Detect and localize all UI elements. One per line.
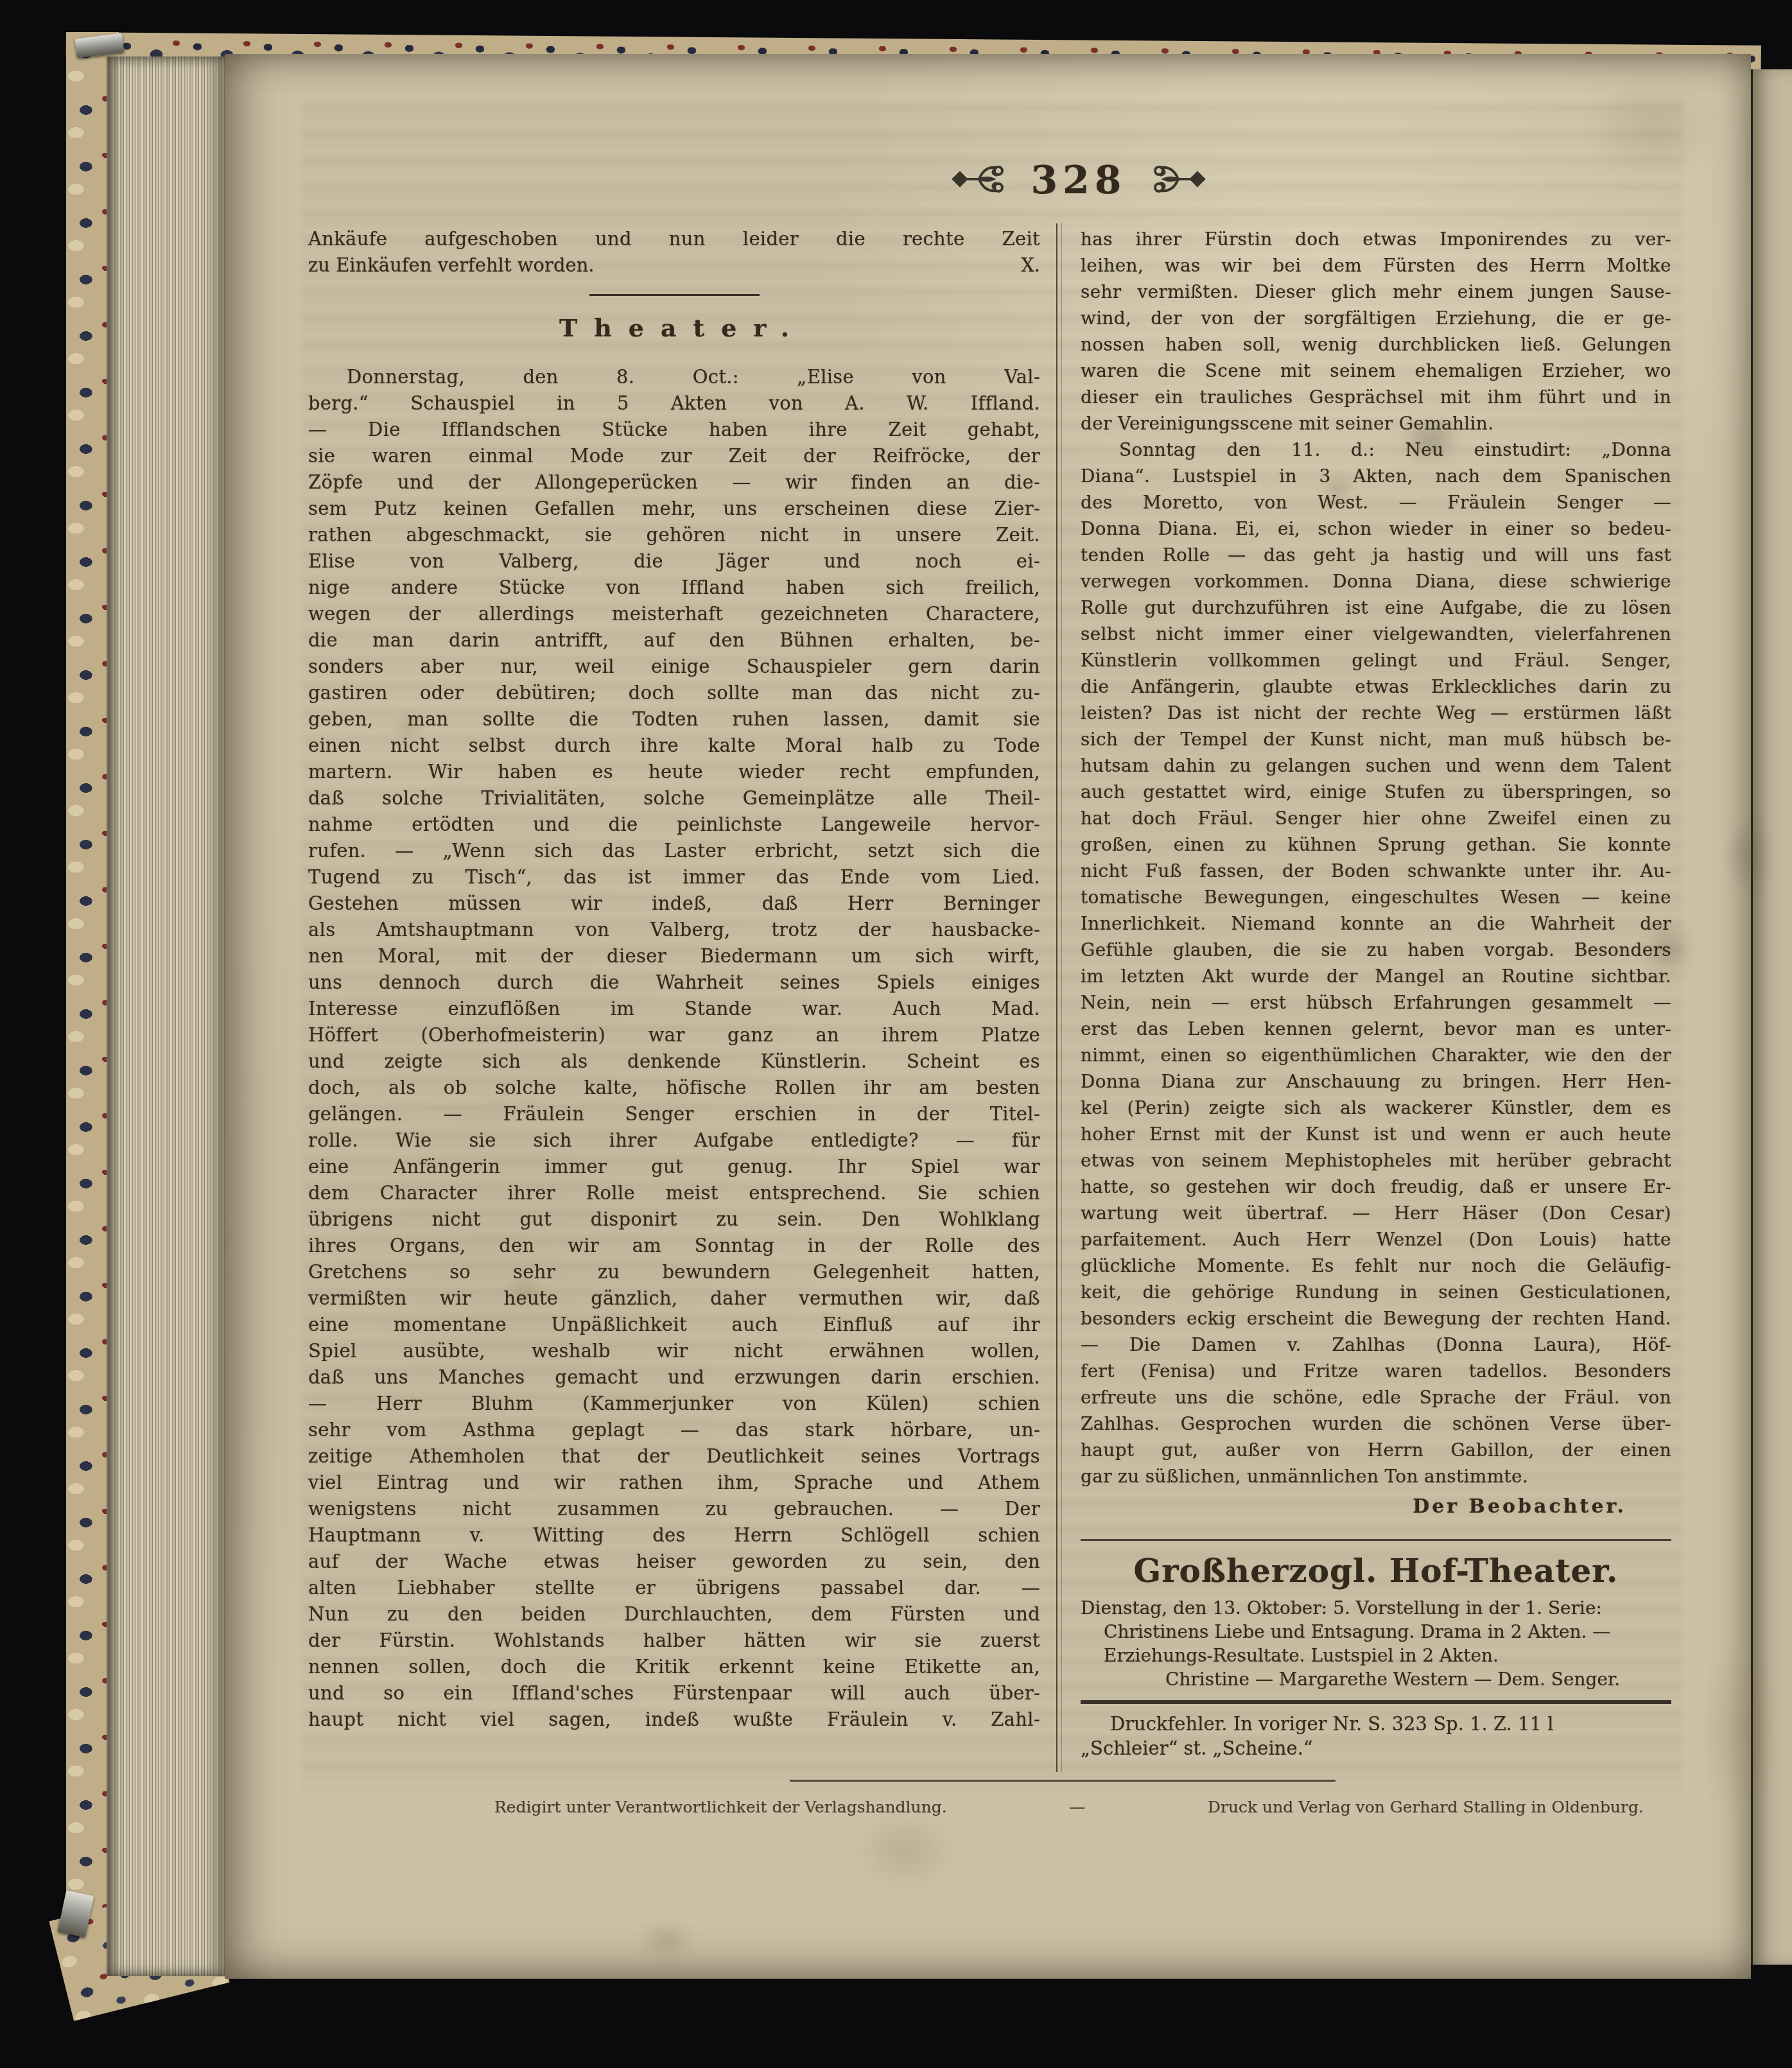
text-line: wartung weit übertraf. — Herr Häser (Don…	[1081, 1200, 1671, 1226]
text-line: — Herr Bluhm (Kammerjunker von Külen) sc…	[308, 1391, 1040, 1417]
text-line: glückliche Momente. Es fehlt nur noch di…	[1081, 1253, 1671, 1279]
text-line: Künstlerin vollkommen gelingt und Fräul.…	[1081, 647, 1671, 673]
text-line: gastiren oder debütiren; doch sollte man…	[308, 680, 1040, 706]
text-line: parfaitement. Auch Herr Wenzel (Don Loui…	[1081, 1226, 1671, 1253]
text-line: und so ein Iffland'sches Fürstenpaar wil…	[308, 1680, 1040, 1707]
text-line: sie waren einmal Mode zur Zeit der Reifr…	[308, 443, 1040, 469]
text-line: eine momentane Unpäßlichkeit auch Einflu…	[308, 1312, 1040, 1338]
text-line: Elise von Valberg, die Jäger und noch ei…	[308, 548, 1040, 575]
page-edges-stack	[107, 56, 226, 1976]
text-line: haupt nicht viel sagen, indeß wußte Fräu…	[308, 1707, 1040, 1733]
text-line: nahme ertödten und die peinlichste Lange…	[308, 812, 1040, 838]
hoftheater-title: Großherzogl. Hof-Theater.	[1081, 1551, 1671, 1591]
text-line: im letzten Akt wurde der Mangel an Routi…	[1081, 963, 1671, 989]
text-line: daß solche Trivialitäten, solche Gemeinp…	[308, 785, 1040, 812]
page-header: 328	[886, 158, 1271, 203]
text-line: gelängen. — Fräulein Senger erschien in …	[308, 1101, 1040, 1127]
footer-rule	[790, 1780, 1335, 1782]
text-line: uns dennoch durch die Wahrheit seines Sp…	[308, 969, 1040, 996]
column-divider-rule	[1056, 223, 1062, 1772]
text-line: sich der Tempel der Kunst nicht, man muß…	[1081, 726, 1671, 752]
text-line: auf der Wache etwas heiser geworden zu s…	[308, 1549, 1040, 1575]
text-line: wenigstens nicht zusammen zu gebrauchen.…	[308, 1496, 1040, 1522]
text-line: etwas von seinem Mephistopheles mit herü…	[1081, 1147, 1671, 1174]
hoftheater-line: Dienstag, den 13. Oktober: 5. Vorstellun…	[1081, 1596, 1671, 1620]
text-line: alten Liebhaber stellte er übrigens pass…	[308, 1575, 1040, 1601]
text-line: verwegen vorkommen. Donna Diana, diese s…	[1081, 568, 1671, 595]
text-line: nicht Fuß fassen, der Boden schwankte un…	[1081, 858, 1671, 884]
text-line: und zeigte sich als denkende Künstlerin.…	[308, 1048, 1040, 1075]
text-line: Hauptmann v. Witting des Herrn Schlögell…	[308, 1522, 1040, 1549]
text-line: vermißten wir heute gänzlich, daher verm…	[308, 1285, 1040, 1312]
druckfehler-line: „Schleier“ st. „Scheine.“	[1081, 1736, 1671, 1760]
text-line: daß uns Manches gemacht und erzwungen da…	[308, 1364, 1040, 1391]
text-line: der Vereinigungsscene mit seiner Gemahli…	[1081, 410, 1671, 437]
page-number: 328	[1031, 158, 1126, 203]
paper-stain	[636, 1920, 697, 1959]
text-line: der Fürstin. Wohlstands halber hätten wi…	[308, 1628, 1040, 1654]
text-line: Sonntag den 11. d.: Neu einstudirt: „Don…	[1081, 437, 1671, 463]
text-line: Donnerstag, den 8. Oct.: „Elise von Val-	[308, 364, 1040, 390]
text-line: Diana“. Lustspiel in 3 Akten, nach dem S…	[1081, 463, 1671, 489]
text-line: Spiel ausübte, weshalb wir nicht erwähne…	[308, 1338, 1040, 1364]
intro-line: zu Einkäufen verfehlt worden. X.	[308, 252, 1040, 279]
text-line: has ihrer Fürstin doch etwas Imponirende…	[1081, 226, 1671, 252]
text-line: Gefühle glauben, die sie zu haben vorgab…	[1081, 937, 1671, 963]
right-column: has ihrer Fürstin doch etwas Imponirende…	[1081, 226, 1671, 1760]
text-line: als Amtshauptmann von Valberg, trotz der…	[308, 917, 1040, 943]
text-line: Gestehen müssen wir indeß, daß Herr Bern…	[308, 891, 1040, 917]
header-ornament-right-icon	[1151, 162, 1206, 198]
hoftheater-line: Erziehungs-Resultate. Lustspiel in 2 Akt…	[1081, 1644, 1671, 1667]
text-line: Rolle gut durchzuführen ist eine Aufgabe…	[1081, 595, 1671, 621]
text-line: die man darin antrifft, auf den Bühnen e…	[308, 627, 1040, 654]
photo-background: { "colors": { "paper": "#cbc1a6", "ink":…	[0, 0, 1792, 2068]
paper-stain	[1586, 74, 1721, 180]
text-line: Nun zu den beiden Durchlauchten, dem Für…	[308, 1601, 1040, 1628]
hoftheater-top-rule	[1081, 1539, 1671, 1541]
text-line: geben, man sollte die Todten ruhen lasse…	[308, 706, 1040, 733]
druckfehler-rule	[1081, 1700, 1671, 1704]
text-line: dem Character ihrer Rolle meist entsprec…	[308, 1180, 1040, 1206]
text-line: des Moretto, von West. — Fräulein Senger…	[1081, 489, 1671, 516]
text-line: rufen. — „Wenn sich das Laster erbricht,…	[308, 838, 1040, 864]
text-line: einen nicht selbst durch ihre kalte Mora…	[308, 733, 1040, 759]
text-line: gar zu süßlichen, unmännlichen Ton ansti…	[1081, 1463, 1671, 1490]
text-line: erfreute uns die schöne, edle Sprache de…	[1081, 1384, 1671, 1411]
text-line: Zahlhas. Gesprochen wurden die schönen V…	[1081, 1411, 1671, 1437]
text-line: selbst nicht immer einer vielgewandten, …	[1081, 621, 1671, 647]
text-line: hoher Ernst mit der Kunst ist und wenn e…	[1081, 1121, 1671, 1147]
theater-review-text: Donnerstag, den 8. Oct.: „Elise von Val-…	[308, 364, 1040, 1733]
review-continuation-text: has ihrer Fürstin doch etwas Imponirende…	[1081, 226, 1671, 1490]
text-line: Höffert (Oberhofmeisterin) war ganz an i…	[308, 1022, 1040, 1048]
text-line: wind, der von der sorgfältigen Erziehung…	[1081, 305, 1671, 331]
intro-line: Ankäufe aufgeschoben und nun leider die …	[308, 226, 1040, 252]
text-line: Tugend zu Tisch“, das ist immer das Ende…	[308, 864, 1040, 891]
text-line: Donna Diana zur Anschauung zu bringen. H…	[1081, 1068, 1671, 1095]
footer-separator: —	[1069, 1798, 1085, 1816]
intro-signature: X.	[1021, 252, 1040, 279]
text-line: — Die Ifflandschen Stücke haben ihre Zei…	[308, 417, 1040, 443]
text-line: großen, einen zu kühnen Sprung gethan. S…	[1081, 831, 1671, 858]
text-line: sem Putz keinen Gefallen mehr, uns ersch…	[308, 496, 1040, 522]
text-line: viel Eintrag und wir rathen ihm, Sprache…	[308, 1470, 1040, 1496]
text-line: kel (Perin) zeigte sich als wackerer Kün…	[1081, 1095, 1671, 1121]
text-line: rolle. Wie sie sich ihrer Aufgabe entled…	[308, 1127, 1040, 1154]
text-line: sehr vom Asthma geplagt — das stark hörb…	[308, 1417, 1040, 1443]
text-line: Zöpfe und der Allongeperücken — wir find…	[308, 469, 1040, 496]
text-line: hutsam dahin zu gelangen suchen und wenn…	[1081, 752, 1671, 779]
text-line: Nein, nein — erst hübsch Erfahrungen ges…	[1081, 989, 1671, 1016]
text-line: tenden Rolle — das geht ja hastig und wi…	[1081, 542, 1671, 568]
text-line: Innerlichkeit. Niemand konnte an die Wah…	[1081, 910, 1671, 937]
text-line: sehr vermißten. Dieser glich mehr einem …	[1081, 279, 1671, 305]
page-footer: Redigirt unter Verantwortlichkeit der Ve…	[494, 1798, 1644, 1816]
text-line: leihen, was wir bei dem Fürsten des Herr…	[1081, 252, 1671, 279]
text-line: erst das Leben kennen gelernt, bevor man…	[1081, 1016, 1671, 1042]
druckfehler-line: Druckfehler. In voriger Nr. S. 323 Sp. 1…	[1081, 1712, 1671, 1736]
footer-imprint-right: Druck und Verlag von Gerhard Stalling in…	[1208, 1798, 1644, 1816]
text-line: fert (Fenisa) und Fritze waren tadellos.…	[1081, 1358, 1671, 1384]
text-line: wegen der allerdings meisterhaft gezeich…	[308, 601, 1040, 627]
text-line: Interesse einzuflößen im Stande war. Auc…	[308, 996, 1040, 1022]
header-ornament-left-icon	[951, 162, 1006, 198]
text-line: rathen abgeschmackt, sie gehören nicht i…	[308, 522, 1040, 548]
text-line: berg.“ Schauspiel in 5 Akten von A. W. I…	[308, 390, 1040, 417]
text-line: übrigens nicht gut disponirt zu sein. De…	[308, 1206, 1040, 1233]
text-line: doch, als ob solche kalte, höfische Roll…	[308, 1075, 1040, 1101]
paper-stain	[1726, 815, 1771, 896]
text-line: nen Moral, mit der dieser Biedermann um …	[308, 943, 1040, 969]
text-line: besonders eckig erscheint die Bewegung d…	[1081, 1305, 1671, 1332]
text-line: keit, die gehörige Rundung in seinen Ges…	[1081, 1279, 1671, 1305]
review-signature: Der Beobachter.	[1081, 1493, 1626, 1520]
text-line: waren die Scene mit seinem ehemaligen Er…	[1081, 358, 1671, 384]
footer-imprint-left: Redigirt unter Verantwortlichkeit der Ve…	[494, 1798, 947, 1816]
text-line: — Die Damen v. Zahlhas (Donna Laura), Hö…	[1081, 1332, 1671, 1358]
text-line: Gretchens so sehr zu bewundern Gelegenhe…	[308, 1259, 1040, 1285]
text-line: eine Anfängerin immer gut genug. Ihr Spi…	[308, 1154, 1040, 1180]
text-line: hatte, so gestehen wir doch freudig, daß…	[1081, 1174, 1671, 1200]
text-line: die Anfängerin, glaubte etwas Erklecklic…	[1081, 673, 1671, 700]
text-line: auch gestattet wird, einige Stufen zu üb…	[1081, 779, 1671, 805]
text-line: sonders aber nur, weil einige Schauspiel…	[308, 654, 1040, 680]
hoftheater-line: Christine — Margarethe Western — Dem. Se…	[1081, 1667, 1671, 1691]
text-line: zeitige Athemholen that der Deutlichkeit…	[308, 1443, 1040, 1470]
hoftheater-line: Christinens Liebe und Entsagung. Drama i…	[1081, 1620, 1671, 1644]
text-line: dieser ein trauliches Gesprächsel mit ih…	[1081, 384, 1671, 410]
text-line: nimmt, einen so eigenthümlichen Charakte…	[1081, 1042, 1671, 1068]
text-line: nennen sollen, doch die Kritik erkennt k…	[308, 1654, 1040, 1680]
text-line: tomatische Bewegungen, eingeschultes Wes…	[1081, 884, 1671, 910]
text-line: nige andere Stücke von Iffland haben sic…	[308, 575, 1040, 601]
paper-stain	[854, 1811, 957, 1891]
text-line: Donna Diana. Ei, ei, schon wieder in ein…	[1081, 516, 1671, 542]
paper-stain	[1695, 1644, 1779, 1817]
text-line: ihres Organs, den wir am Sonntag in der …	[308, 1233, 1040, 1259]
section-divider-rule	[589, 294, 760, 296]
text-line: hat doch Fräul. Senger hier ohne Zweifel…	[1081, 805, 1671, 831]
section-title-theater: Theater.	[308, 311, 1040, 345]
left-column: Ankäufe aufgeschoben und nun leider die …	[308, 226, 1040, 1733]
text-line: haupt gut, außer von Herrn Gabillon, der…	[1081, 1437, 1671, 1463]
intro-text: zu Einkäufen verfehlt worden.	[308, 252, 595, 279]
text-line: nossen haben soll, wenig durchblicken li…	[1081, 331, 1671, 358]
text-line: martern. Wir haben es heute wieder recht…	[308, 759, 1040, 785]
text-line: leisten? Das ist nicht der rechte Weg — …	[1081, 700, 1671, 726]
